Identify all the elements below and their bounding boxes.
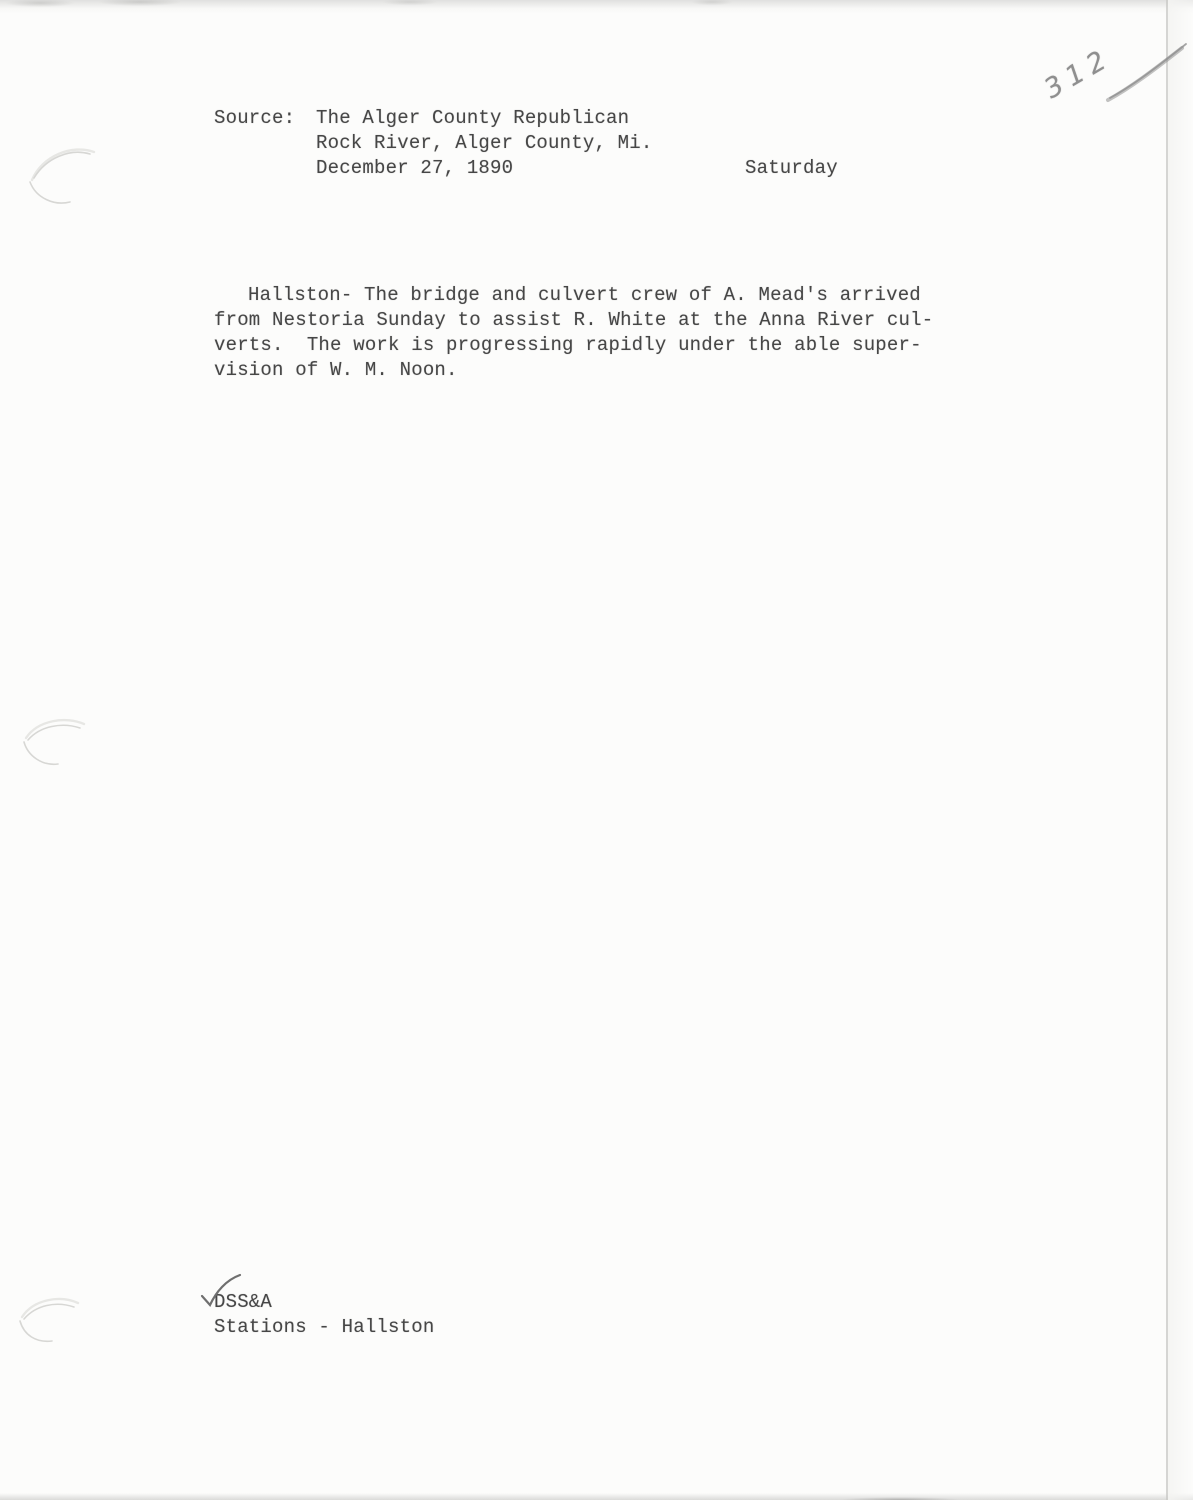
publication-date: December 27, 1890 xyxy=(316,156,652,181)
source-label: Source: xyxy=(214,106,316,131)
publication-day: Saturday xyxy=(745,156,838,181)
article-line: verts. The work is progressing rapidly u… xyxy=(214,333,974,358)
index-subject: Stations - Hallston xyxy=(214,1315,434,1340)
publication-name: The Alger County Republican xyxy=(316,106,652,131)
paper-curl-mark-bottom xyxy=(14,1285,94,1350)
publication-location: Rock River, Alger County, Mi. xyxy=(316,131,652,156)
source-header: Source: The Alger County Republican Rock… xyxy=(214,106,652,181)
scan-bottom-edge-shadow xyxy=(0,1493,1193,1500)
paper-curl-mark-top xyxy=(20,122,110,212)
article-line: vision of W. M. Noon. xyxy=(214,358,974,383)
article-line: Hallston- The bridge and culvert crew of… xyxy=(214,283,974,308)
paper-curl-mark-middle xyxy=(18,708,98,778)
article-paragraph: Hallston- The bridge and culvert crew of… xyxy=(214,283,974,383)
pencil-swoosh-stroke xyxy=(1090,34,1193,114)
article-line: from Nestoria Sunday to assist R. White … xyxy=(214,308,974,333)
source-details: The Alger County Republican Rock River, … xyxy=(316,106,652,181)
checkmark-icon xyxy=(196,1272,256,1317)
scan-edge-margin xyxy=(1168,0,1193,1500)
scan-top-edge-shadow xyxy=(0,0,1193,14)
scanned-document-page: 312 Source: The Alger County Republican … xyxy=(0,0,1193,1500)
